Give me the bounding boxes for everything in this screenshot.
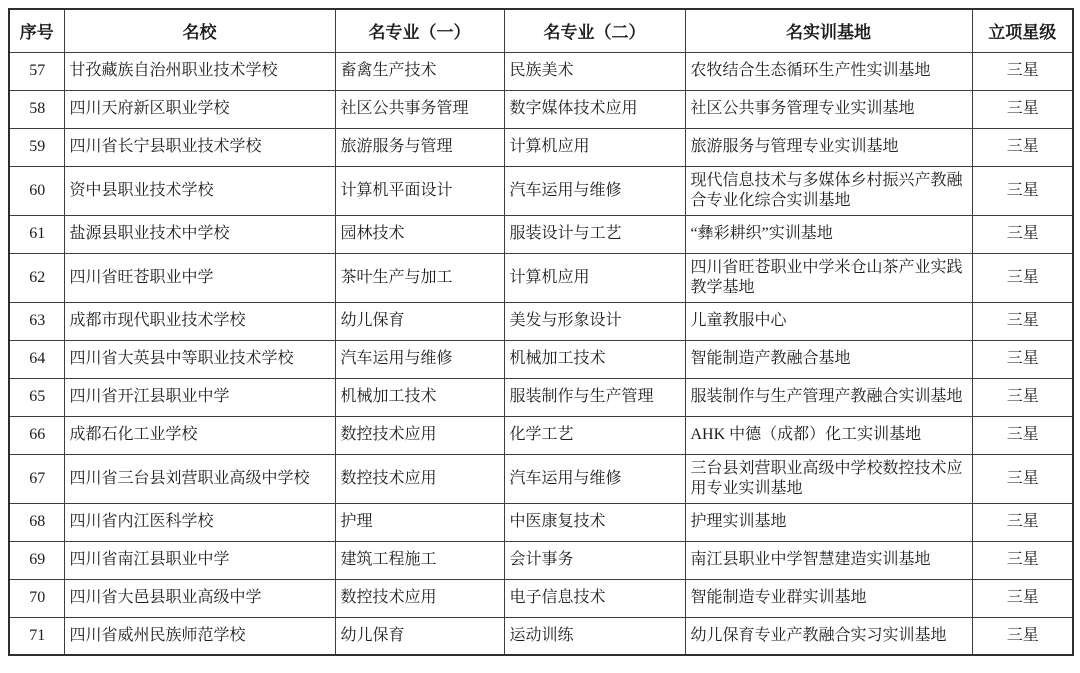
cell-major2: 计算机应用 (504, 253, 685, 302)
table-row: 59 四川省长宁县职业技术学校 旅游服务与管理 计算机应用 旅游服务与管理专业实… (9, 128, 1073, 166)
cell-school: 四川省开江县职业中学 (64, 378, 335, 416)
table-row: 63 成都市现代职业技术学校 幼儿保育 美发与形象设计 儿童教服中心 三星 (9, 302, 1073, 340)
col-header-star: 立项星级 (972, 9, 1073, 52)
cell-star: 三星 (972, 52, 1073, 90)
cell-num: 62 (9, 253, 64, 302)
cell-star: 三星 (972, 503, 1073, 541)
cell-school: 成都石化工业学校 (64, 416, 335, 454)
cell-star: 三星 (972, 378, 1073, 416)
col-header-major1: 名专业（一） (335, 9, 504, 52)
cell-school: 四川省南江县职业中学 (64, 541, 335, 579)
cell-major2: 汽车运用与维修 (504, 454, 685, 503)
cell-major1: 计算机平面设计 (335, 166, 504, 215)
cell-major1: 社区公共事务管理 (335, 90, 504, 128)
cell-school: 甘孜藏族自治州职业技术学校 (64, 52, 335, 90)
cell-major1: 护理 (335, 503, 504, 541)
table-row: 66 成都石化工业学校 数控技术应用 化学工艺 AHK 中德（成都）化工实训基地… (9, 416, 1073, 454)
cell-num: 59 (9, 128, 64, 166)
cell-star: 三星 (972, 166, 1073, 215)
cell-num: 61 (9, 215, 64, 253)
cell-major1: 数控技术应用 (335, 454, 504, 503)
cell-star: 三星 (972, 302, 1073, 340)
table-row: 60 资中县职业技术学校 计算机平面设计 汽车运用与维修 现代信息技术与多媒体乡… (9, 166, 1073, 215)
cell-num: 58 (9, 90, 64, 128)
col-header-school: 名校 (64, 9, 335, 52)
cell-num: 60 (9, 166, 64, 215)
cell-major1: 园林技术 (335, 215, 504, 253)
cell-num: 70 (9, 579, 64, 617)
cell-major1: 畜禽生产技术 (335, 52, 504, 90)
cell-num: 64 (9, 340, 64, 378)
table-row: 71 四川省威州民族师范学校 幼儿保育 运动训练 幼儿保育专业产教融合实习实训基… (9, 617, 1073, 655)
cell-base: 服装制作与生产管理产教融合实训基地 (685, 378, 972, 416)
cell-base: 现代信息技术与多媒体乡村振兴产教融合专业化综合实训基地 (685, 166, 972, 215)
cell-star: 三星 (972, 454, 1073, 503)
cell-num: 66 (9, 416, 64, 454)
table-row: 67 四川省三台县刘营职业高级中学校 数控技术应用 汽车运用与维修 三台县刘营职… (9, 454, 1073, 503)
cell-school: 成都市现代职业技术学校 (64, 302, 335, 340)
cell-major2: 电子信息技术 (504, 579, 685, 617)
cell-school: 四川天府新区职业学校 (64, 90, 335, 128)
cell-base: 南江县职业中学智慧建造实训基地 (685, 541, 972, 579)
cell-star: 三星 (972, 617, 1073, 655)
table-row: 62 四川省旺苍职业中学 茶叶生产与加工 计算机应用 四川省旺苍职业中学米仓山茶… (9, 253, 1073, 302)
cell-base: 幼儿保育专业产教融合实习实训基地 (685, 617, 972, 655)
cell-star: 三星 (972, 215, 1073, 253)
cell-school: 四川省长宁县职业技术学校 (64, 128, 335, 166)
cell-major1: 数控技术应用 (335, 579, 504, 617)
cell-school: 四川省威州民族师范学校 (64, 617, 335, 655)
cell-school: 四川省大英县中等职业技术学校 (64, 340, 335, 378)
cell-base: 智能制造专业群实训基地 (685, 579, 972, 617)
table-row: 61 盐源县职业技术中学校 园林技术 服装设计与工艺 “彝彩耕织”实训基地 三星 (9, 215, 1073, 253)
cell-star: 三星 (972, 340, 1073, 378)
cell-major2: 化学工艺 (504, 416, 685, 454)
cell-num: 71 (9, 617, 64, 655)
cell-num: 63 (9, 302, 64, 340)
cell-base: 三台县刘营职业高级中学校数控技术应用专业实训基地 (685, 454, 972, 503)
cell-major2: 计算机应用 (504, 128, 685, 166)
table-row: 58 四川天府新区职业学校 社区公共事务管理 数字媒体技术应用 社区公共事务管理… (9, 90, 1073, 128)
table-row: 65 四川省开江县职业中学 机械加工技术 服装制作与生产管理 服装制作与生产管理… (9, 378, 1073, 416)
cell-major2: 中医康复技术 (504, 503, 685, 541)
cell-num: 68 (9, 503, 64, 541)
cell-base: 智能制造产教融合基地 (685, 340, 972, 378)
cell-school: 资中县职业技术学校 (64, 166, 335, 215)
table-row: 70 四川省大邑县职业高级中学 数控技术应用 电子信息技术 智能制造专业群实训基… (9, 579, 1073, 617)
cell-major1: 旅游服务与管理 (335, 128, 504, 166)
cell-base: 四川省旺苍职业中学米仓山茶产业实践教学基地 (685, 253, 972, 302)
cell-star: 三星 (972, 253, 1073, 302)
cell-major2: 民族美术 (504, 52, 685, 90)
cell-major1: 建筑工程施工 (335, 541, 504, 579)
table-row: 68 四川省内江医科学校 护理 中医康复技术 护理实训基地 三星 (9, 503, 1073, 541)
cell-base: AHK 中德（成都）化工实训基地 (685, 416, 972, 454)
cell-major2: 汽车运用与维修 (504, 166, 685, 215)
document-page: 序号 名校 名专业（一） 名专业（二） 名实训基地 立项星级 57 甘孜藏族自治… (8, 8, 1074, 656)
cell-base: 农牧结合生态循环生产性实训基地 (685, 52, 972, 90)
cell-star: 三星 (972, 416, 1073, 454)
cell-base: 儿童教服中心 (685, 302, 972, 340)
cell-major1: 幼儿保育 (335, 617, 504, 655)
cell-school: 四川省旺苍职业中学 (64, 253, 335, 302)
cell-num: 57 (9, 52, 64, 90)
col-header-major2: 名专业（二） (504, 9, 685, 52)
cell-major1: 幼儿保育 (335, 302, 504, 340)
cell-major2: 服装设计与工艺 (504, 215, 685, 253)
cell-school: 四川省大邑县职业高级中学 (64, 579, 335, 617)
col-header-num: 序号 (9, 9, 64, 52)
cell-num: 65 (9, 378, 64, 416)
cell-num: 69 (9, 541, 64, 579)
cell-star: 三星 (972, 90, 1073, 128)
table-row: 69 四川省南江县职业中学 建筑工程施工 会计事务 南江县职业中学智慧建造实训基… (9, 541, 1073, 579)
cell-school: 四川省内江医科学校 (64, 503, 335, 541)
cell-base: 社区公共事务管理专业实训基地 (685, 90, 972, 128)
cell-base: 护理实训基地 (685, 503, 972, 541)
cell-star: 三星 (972, 541, 1073, 579)
cell-major2: 服装制作与生产管理 (504, 378, 685, 416)
cell-major2: 运动训练 (504, 617, 685, 655)
table-row: 57 甘孜藏族自治州职业技术学校 畜禽生产技术 民族美术 农牧结合生态循环生产性… (9, 52, 1073, 90)
cell-star: 三星 (972, 579, 1073, 617)
cell-num: 67 (9, 454, 64, 503)
cell-base: 旅游服务与管理专业实训基地 (685, 128, 972, 166)
cell-major2: 会计事务 (504, 541, 685, 579)
cell-base: “彝彩耕织”实训基地 (685, 215, 972, 253)
cell-school: 盐源县职业技术中学校 (64, 215, 335, 253)
cell-major1: 数控技术应用 (335, 416, 504, 454)
cell-major1: 茶叶生产与加工 (335, 253, 504, 302)
cell-star: 三星 (972, 128, 1073, 166)
cell-major2: 机械加工技术 (504, 340, 685, 378)
cell-major2: 数字媒体技术应用 (504, 90, 685, 128)
table-row: 64 四川省大英县中等职业技术学校 汽车运用与维修 机械加工技术 智能制造产教融… (9, 340, 1073, 378)
cell-major1: 汽车运用与维修 (335, 340, 504, 378)
col-header-base: 名实训基地 (685, 9, 972, 52)
cell-school: 四川省三台县刘营职业高级中学校 (64, 454, 335, 503)
star-rating-table: 序号 名校 名专业（一） 名专业（二） 名实训基地 立项星级 57 甘孜藏族自治… (8, 8, 1074, 656)
table-header-row: 序号 名校 名专业（一） 名专业（二） 名实训基地 立项星级 (9, 9, 1073, 52)
cell-major2: 美发与形象设计 (504, 302, 685, 340)
cell-major1: 机械加工技术 (335, 378, 504, 416)
